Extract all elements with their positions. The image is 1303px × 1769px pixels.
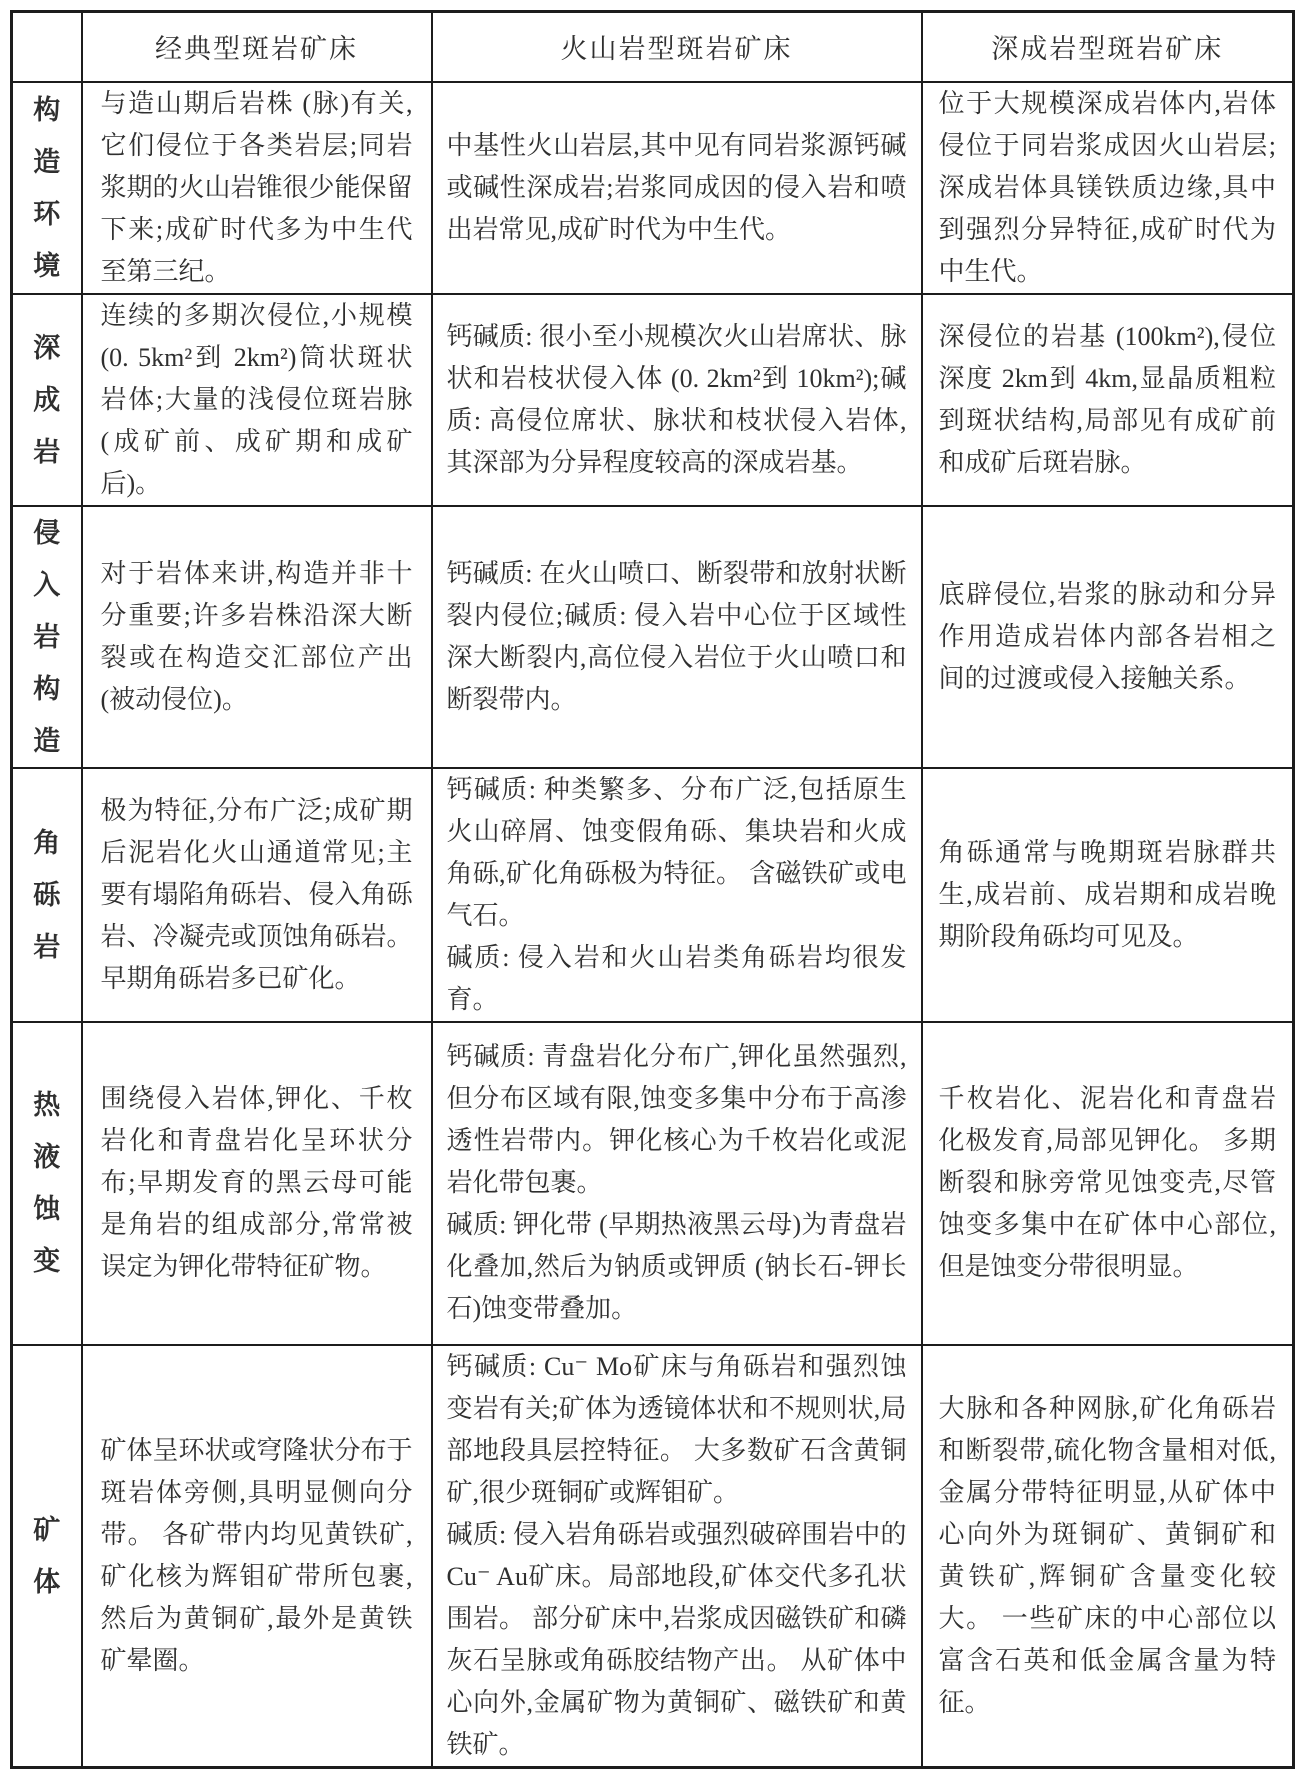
cell-paragraph: 碱质: 钾化带 (早期热液黑云母)为青盘岩化叠加,然后为钠质或钾质 (钠长石-钾… bbox=[433, 1204, 921, 1330]
row-label-intrusive-structure: 侵入岩构造 bbox=[12, 506, 82, 768]
cell-paragraph: 钙碱质: 很小至小规模次火山岩席状、脉状和岩枝状侵入体 (0. 2km²到 10… bbox=[433, 316, 921, 484]
table-row-tectonic-setting: 构造环境 与造山期后岩株 (脉)有关,它们侵位于各类岩层;同岩浆期的火山岩锥很少… bbox=[12, 82, 1294, 294]
cell-tectonic-classic: 与造山期后岩株 (脉)有关,它们侵位于各类岩层;同岩浆期的火山岩锥很少能保留下来… bbox=[82, 82, 432, 294]
porphyry-deposit-comparison-table: 经典型斑岩矿床 火山岩型斑岩矿床 深成岩型斑岩矿床 构造环境 与造山期后岩株 (… bbox=[10, 10, 1295, 1769]
cell-pluton-plutonic: 深侵位的岩基 (100km²),侵位深度 2km到 4km,显晶质粗粒到斑状结构… bbox=[922, 294, 1294, 506]
cell-alteration-plutonic: 千枚岩化、泥岩化和青盘岩化极发育,局部见钾化。 多期断裂和脉旁常见蚀变壳,尽管蚀… bbox=[922, 1022, 1294, 1345]
cell-paragraph: 钙碱质: 种类繁多、分布广泛,包括原生火山碎屑、蚀变假角砾、集块岩和火成角砾,矿… bbox=[433, 769, 921, 937]
cell-breccia-plutonic: 角砾通常与晚期斑岩脉群共生,成岩前、成岩期和成岩晚期阶段角砾均可见及。 bbox=[922, 768, 1294, 1022]
cell-structure-volcanic: 钙碱质: 在火山喷口、断裂带和放射状断裂内侵位;碱质: 侵入岩中心位于区域性深大… bbox=[432, 506, 922, 768]
table-row-hydrothermal-alteration: 热液蚀变 围绕侵入岩体,钾化、千枚岩化和青盘岩化呈环状分布;早期发育的黑云母可能… bbox=[12, 1022, 1294, 1345]
cell-paragraph: 中基性火山岩层,其中见有同岩浆源钙碱或碱性深成岩;岩浆同成因的侵入岩和喷出岩常见… bbox=[433, 125, 921, 251]
cell-paragraph: 连续的多期次侵位,小规模 (0. 5km²到 2km²)筒状斑状岩体;大量的浅侵… bbox=[83, 295, 431, 505]
cell-orebody-classic: 矿体呈环状或穹隆状分布于斑岩体旁侧,具明显侧向分带。 各矿带内均见黄铁矿,矿化核… bbox=[82, 1345, 432, 1768]
corner-cell bbox=[12, 12, 82, 82]
column-header-plutonic: 深成岩型斑岩矿床 bbox=[922, 12, 1294, 82]
document-page: 经典型斑岩矿床 火山岩型斑岩矿床 深成岩型斑岩矿床 构造环境 与造山期后岩株 (… bbox=[0, 0, 1303, 1600]
cell-paragraph: 大脉和各种网脉,矿化角砾岩和断裂带,硫化物含量相对低,金属分带特征明显,从矿体中… bbox=[923, 1388, 1293, 1724]
cell-paragraph: 位于大规模深成岩体内,岩体侵位于同岩浆成因火山岩层;深成岩体具镁铁质边缘,具中到… bbox=[923, 83, 1293, 293]
cell-tectonic-plutonic: 位于大规模深成岩体内,岩体侵位于同岩浆成因火山岩层;深成岩体具镁铁质边缘,具中到… bbox=[922, 82, 1294, 294]
row-label-ore-body: 矿体 bbox=[12, 1345, 82, 1768]
cell-orebody-plutonic: 大脉和各种网脉,矿化角砾岩和断裂带,硫化物含量相对低,金属分带特征明显,从矿体中… bbox=[922, 1345, 1294, 1768]
cell-tectonic-volcanic: 中基性火山岩层,其中见有同岩浆源钙碱或碱性深成岩;岩浆同成因的侵入岩和喷出岩常见… bbox=[432, 82, 922, 294]
row-label-breccia: 角砾岩 bbox=[12, 768, 82, 1022]
cell-paragraph: 角砾通常与晚期斑岩脉群共生,成岩前、成岩期和成岩晚期阶段角砾均可见及。 bbox=[923, 832, 1293, 958]
cell-paragraph: 钙碱质: Cu⁻ Mo矿床与角砾岩和强烈蚀变岩有关;矿体为透镜体状和不规则状,局… bbox=[433, 1346, 921, 1514]
cell-paragraph: 钙碱质: 青盘岩化分布广,钾化虽然强烈,但分布区域有限,蚀变多集中分布于高渗透性… bbox=[433, 1036, 921, 1204]
column-header-classic: 经典型斑岩矿床 bbox=[82, 12, 432, 82]
table-row-plutonic-rock: 深成岩 连续的多期次侵位,小规模 (0. 5km²到 2km²)筒状斑状岩体;大… bbox=[12, 294, 1294, 506]
cell-paragraph: 矿体呈环状或穹隆状分布于斑岩体旁侧,具明显侧向分带。 各矿带内均见黄铁矿,矿化核… bbox=[83, 1430, 431, 1682]
cell-orebody-volcanic: 钙碱质: Cu⁻ Mo矿床与角砾岩和强烈蚀变岩有关;矿体为透镜体状和不规则状,局… bbox=[432, 1345, 922, 1768]
cell-paragraph: 千枚岩化、泥岩化和青盘岩化极发育,局部见钾化。 多期断裂和脉旁常见蚀变壳,尽管蚀… bbox=[923, 1078, 1293, 1288]
table-row-ore-body: 矿体 矿体呈环状或穹隆状分布于斑岩体旁侧,具明显侧向分带。 各矿带内均见黄铁矿,… bbox=[12, 1345, 1294, 1768]
cell-paragraph: 对于岩体来讲,构造并非十分重要;许多岩株沿深大断裂或在构造交汇部位产出 (被动侵… bbox=[83, 553, 431, 721]
cell-paragraph: 深侵位的岩基 (100km²),侵位深度 2km到 4km,显晶质粗粒到斑状结构… bbox=[923, 316, 1293, 484]
cell-paragraph: 底辟侵位,岩浆的脉动和分异作用造成岩体内部各岩相之间的过渡或侵入接触关系。 bbox=[923, 574, 1293, 700]
header-row: 经典型斑岩矿床 火山岩型斑岩矿床 深成岩型斑岩矿床 bbox=[12, 12, 1294, 82]
cell-breccia-classic: 极为特征,分布广泛;成矿期后泥岩化火山通道常见;主要有塌陷角砾岩、侵入角砾岩、冷… bbox=[82, 768, 432, 1022]
cell-structure-plutonic: 底辟侵位,岩浆的脉动和分异作用造成岩体内部各岩相之间的过渡或侵入接触关系。 bbox=[922, 506, 1294, 768]
cell-paragraph: 围绕侵入岩体,钾化、千枚岩化和青盘岩化呈环状分布;早期发育的黑云母可能是角岩的组… bbox=[83, 1078, 431, 1288]
cell-pluton-classic: 连续的多期次侵位,小规模 (0. 5km²到 2km²)筒状斑状岩体;大量的浅侵… bbox=[82, 294, 432, 506]
column-header-volcanic: 火山岩型斑岩矿床 bbox=[432, 12, 922, 82]
cell-alteration-classic: 围绕侵入岩体,钾化、千枚岩化和青盘岩化呈环状分布;早期发育的黑云母可能是角岩的组… bbox=[82, 1022, 432, 1345]
cell-structure-classic: 对于岩体来讲,构造并非十分重要;许多岩株沿深大断裂或在构造交汇部位产出 (被动侵… bbox=[82, 506, 432, 768]
cell-alteration-volcanic: 钙碱质: 青盘岩化分布广,钾化虽然强烈,但分布区域有限,蚀变多集中分布于高渗透性… bbox=[432, 1022, 922, 1345]
cell-pluton-volcanic: 钙碱质: 很小至小规模次火山岩席状、脉状和岩枝状侵入体 (0. 2km²到 10… bbox=[432, 294, 922, 506]
cell-paragraph: 极为特征,分布广泛;成矿期后泥岩化火山通道常见;主要有塌陷角砾岩、侵入角砾岩、冷… bbox=[83, 790, 431, 1000]
row-label-hydrothermal-alteration: 热液蚀变 bbox=[12, 1022, 82, 1345]
row-label-plutonic-rock: 深成岩 bbox=[12, 294, 82, 506]
table-row-breccia: 角砾岩 极为特征,分布广泛;成矿期后泥岩化火山通道常见;主要有塌陷角砾岩、侵入角… bbox=[12, 768, 1294, 1022]
cell-paragraph: 钙碱质: 在火山喷口、断裂带和放射状断裂内侵位;碱质: 侵入岩中心位于区域性深大… bbox=[433, 553, 921, 721]
cell-paragraph: 碱质: 侵入岩和火山岩类角砾岩均很发育。 bbox=[433, 937, 921, 1021]
cell-paragraph: 碱质: 侵入岩角砾岩或强烈破碎围岩中的 Cu⁻ Au矿床。局部地段,矿体交代多孔… bbox=[433, 1514, 921, 1766]
cell-paragraph: 与造山期后岩株 (脉)有关,它们侵位于各类岩层;同岩浆期的火山岩锥很少能保留下来… bbox=[83, 83, 431, 293]
table-row-intrusive-structure: 侵入岩构造 对于岩体来讲,构造并非十分重要;许多岩株沿深大断裂或在构造交汇部位产… bbox=[12, 506, 1294, 768]
cell-breccia-volcanic: 钙碱质: 种类繁多、分布广泛,包括原生火山碎屑、蚀变假角砾、集块岩和火成角砾,矿… bbox=[432, 768, 922, 1022]
row-label-tectonic-setting: 构造环境 bbox=[12, 82, 82, 294]
